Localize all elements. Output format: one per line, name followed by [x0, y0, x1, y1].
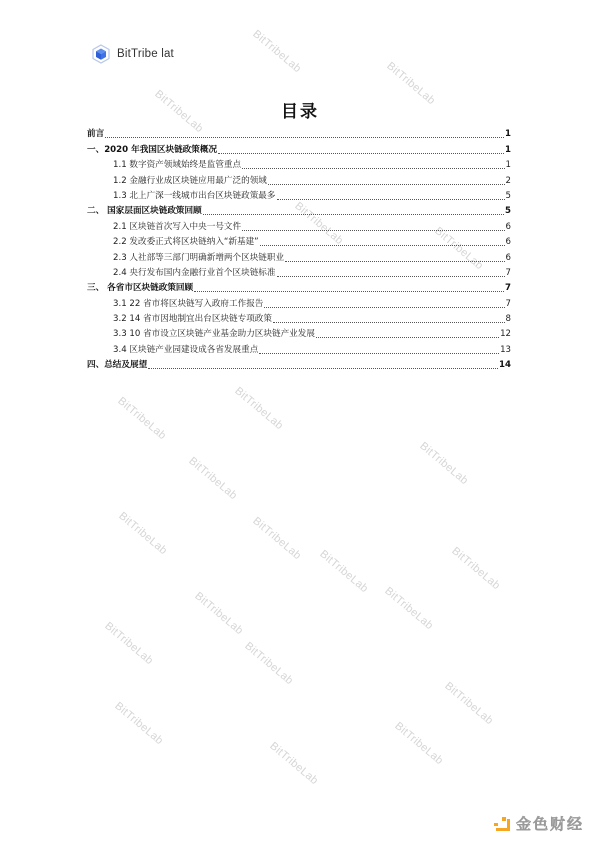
toc-entry[interactable]: 2.2 发改委正式将区块链纳入“新基建” 6 [87, 233, 511, 248]
toc-entry-label: 2.4 央行发布国内金融行业首个区块链标准 [113, 268, 276, 279]
toc-entry-page: 7 [506, 268, 511, 279]
toc-entry-page: 1 [506, 160, 511, 171]
watermark: BitTribeLab [267, 740, 320, 787]
toc-entry-page: 5 [505, 206, 511, 217]
dot-leader [242, 167, 504, 169]
toc-entry-label: 3.2 14 省市因地制宜出台区块链专项政策 [113, 314, 272, 325]
toc-entry-page: 14 [499, 360, 511, 371]
toc-entry[interactable]: 3.2 14 省市因地制宜出台区块链专项政策 8 [87, 310, 511, 325]
toc-entry-page: 6 [506, 222, 511, 233]
toc-entry-label: 二、 国家层面区块链政策回顾 [87, 206, 202, 217]
table-of-contents: 前言 1 一、2020 年我国区块链政策概况 1 1.1 数字资产领域始终是监管… [87, 125, 511, 371]
watermark: BitTribeLab [392, 720, 445, 767]
toc-entry-page: 12 [500, 329, 511, 340]
toc-entry[interactable]: 四、总结及展望 14 [87, 356, 511, 371]
watermark: BitTribeLab [186, 455, 239, 502]
toc-entry[interactable]: 3.1 22 省市将区块链写入政府工作报告 7 [87, 294, 511, 309]
bittribe-logo: BitTribe lat [91, 44, 174, 64]
toc-entry-label: 一、2020 年我国区块链政策概况 [87, 145, 217, 156]
dot-leader [285, 260, 504, 262]
toc-entry-label: 1.1 数字资产领域始终是监管重点 [113, 160, 241, 171]
toc-entry[interactable]: 2.3 人社部等三部门明确新增两个区块链职业 6 [87, 248, 511, 263]
toc-entry[interactable]: 1.1 数字资产领域始终是监管重点 1 [87, 156, 511, 171]
watermark: BitTribeLab [102, 620, 155, 667]
watermark: BitTribeLab [232, 385, 285, 432]
dot-leader [277, 275, 505, 277]
toc-entry-label: 2.2 发改委正式将区块链纳入“新基建” [113, 237, 259, 248]
watermark: BitTribeLab [112, 700, 165, 747]
toc-entry-page: 1 [505, 145, 511, 156]
dot-leader [273, 321, 505, 323]
watermark: BitTribeLab [449, 545, 502, 592]
toc-entry-page: 8 [506, 314, 511, 325]
toc-entry-page: 2 [506, 176, 511, 187]
toc-entry-page: 6 [506, 237, 511, 248]
toc-entry[interactable]: 1.3 北上广深一线城市出台区块链政策最多 5 [87, 187, 511, 202]
toc-entry[interactable]: 1.2 金融行业成区块链应用最广泛的领域 2 [87, 171, 511, 186]
toc-entry-label: 3.3 10 省市设立区块链产业基金助力区块链产业发展 [113, 329, 315, 340]
jinse-logo-icon [494, 817, 510, 831]
toc-entry-page: 1 [505, 129, 511, 140]
jinse-brand-watermark: 金色财经 [494, 813, 584, 834]
toc-entry-label: 1.2 金融行业成区块链应用最广泛的领域 [113, 176, 267, 187]
dot-leader [105, 136, 504, 138]
toc-entry[interactable]: 3.4 区块链产业园建设成各省发展重点 13 [87, 340, 511, 355]
watermark: BitTribeLab [382, 585, 435, 632]
dot-leader [259, 352, 499, 354]
dot-leader [264, 306, 504, 308]
dot-leader [242, 229, 504, 231]
watermark: BitTribeLab [317, 548, 370, 595]
toc-title: 目录 [0, 97, 600, 122]
toc-entry-page: 6 [506, 253, 511, 264]
dot-leader [260, 244, 505, 246]
watermark: BitTribeLab [242, 640, 295, 687]
toc-entry-label: 3.1 22 省市将区块链写入政府工作报告 [113, 299, 263, 310]
brand-text: 金色财经 [516, 813, 584, 834]
toc-entry-page: 13 [500, 345, 511, 356]
toc-entry-label: 2.1 区块链首次写入中央一号文件 [113, 222, 241, 233]
logo-text: BitTribe lat [117, 48, 174, 60]
blue-cube-hexagon-icon [91, 44, 111, 64]
watermark: BitTribeLab [192, 590, 245, 637]
toc-entry-label: 2.3 人社部等三部门明确新增两个区块链职业 [113, 253, 284, 264]
toc-entry[interactable]: 三、 各省市区块链政策回顾 7 [87, 279, 511, 294]
toc-entry-label: 前言 [87, 129, 104, 140]
watermark: BitTribeLab [417, 440, 470, 487]
dot-leader [316, 336, 499, 338]
dot-leader [148, 367, 498, 369]
dot-leader [218, 152, 504, 154]
watermark: BitTribeLab [250, 515, 303, 562]
dot-leader [203, 213, 504, 215]
dot-leader [194, 290, 504, 292]
toc-entry-page: 7 [506, 299, 511, 310]
watermark: BitTribeLab [116, 510, 169, 557]
toc-entry[interactable]: 一、2020 年我国区块链政策概况 1 [87, 140, 511, 155]
watermark: BitTribeLab [250, 28, 303, 75]
dot-leader [268, 183, 505, 185]
toc-entry[interactable]: 前言 1 [87, 125, 511, 140]
toc-entry-label: 3.4 区块链产业园建设成各省发展重点 [113, 345, 258, 356]
toc-entry-label: 四、总结及展望 [87, 360, 147, 371]
dot-leader [277, 198, 505, 200]
watermark: BitTribeLab [442, 680, 495, 727]
toc-entry[interactable]: 3.3 10 省市设立区块链产业基金助力区块链产业发展 12 [87, 325, 511, 340]
toc-entry-label: 1.3 北上广深一线城市出台区块链政策最多 [113, 191, 276, 202]
toc-entry[interactable]: 2.1 区块链首次写入中央一号文件 6 [87, 217, 511, 232]
toc-entry-page: 7 [505, 283, 511, 294]
watermark: BitTribeLab [115, 395, 168, 442]
toc-entry[interactable]: 2.4 央行发布国内金融行业首个区块链标准 7 [87, 264, 511, 279]
toc-entry-label: 三、 各省市区块链政策回顾 [87, 283, 193, 294]
toc-entry[interactable]: 二、 国家层面区块链政策回顾 5 [87, 202, 511, 217]
toc-entry-page: 5 [506, 191, 511, 202]
